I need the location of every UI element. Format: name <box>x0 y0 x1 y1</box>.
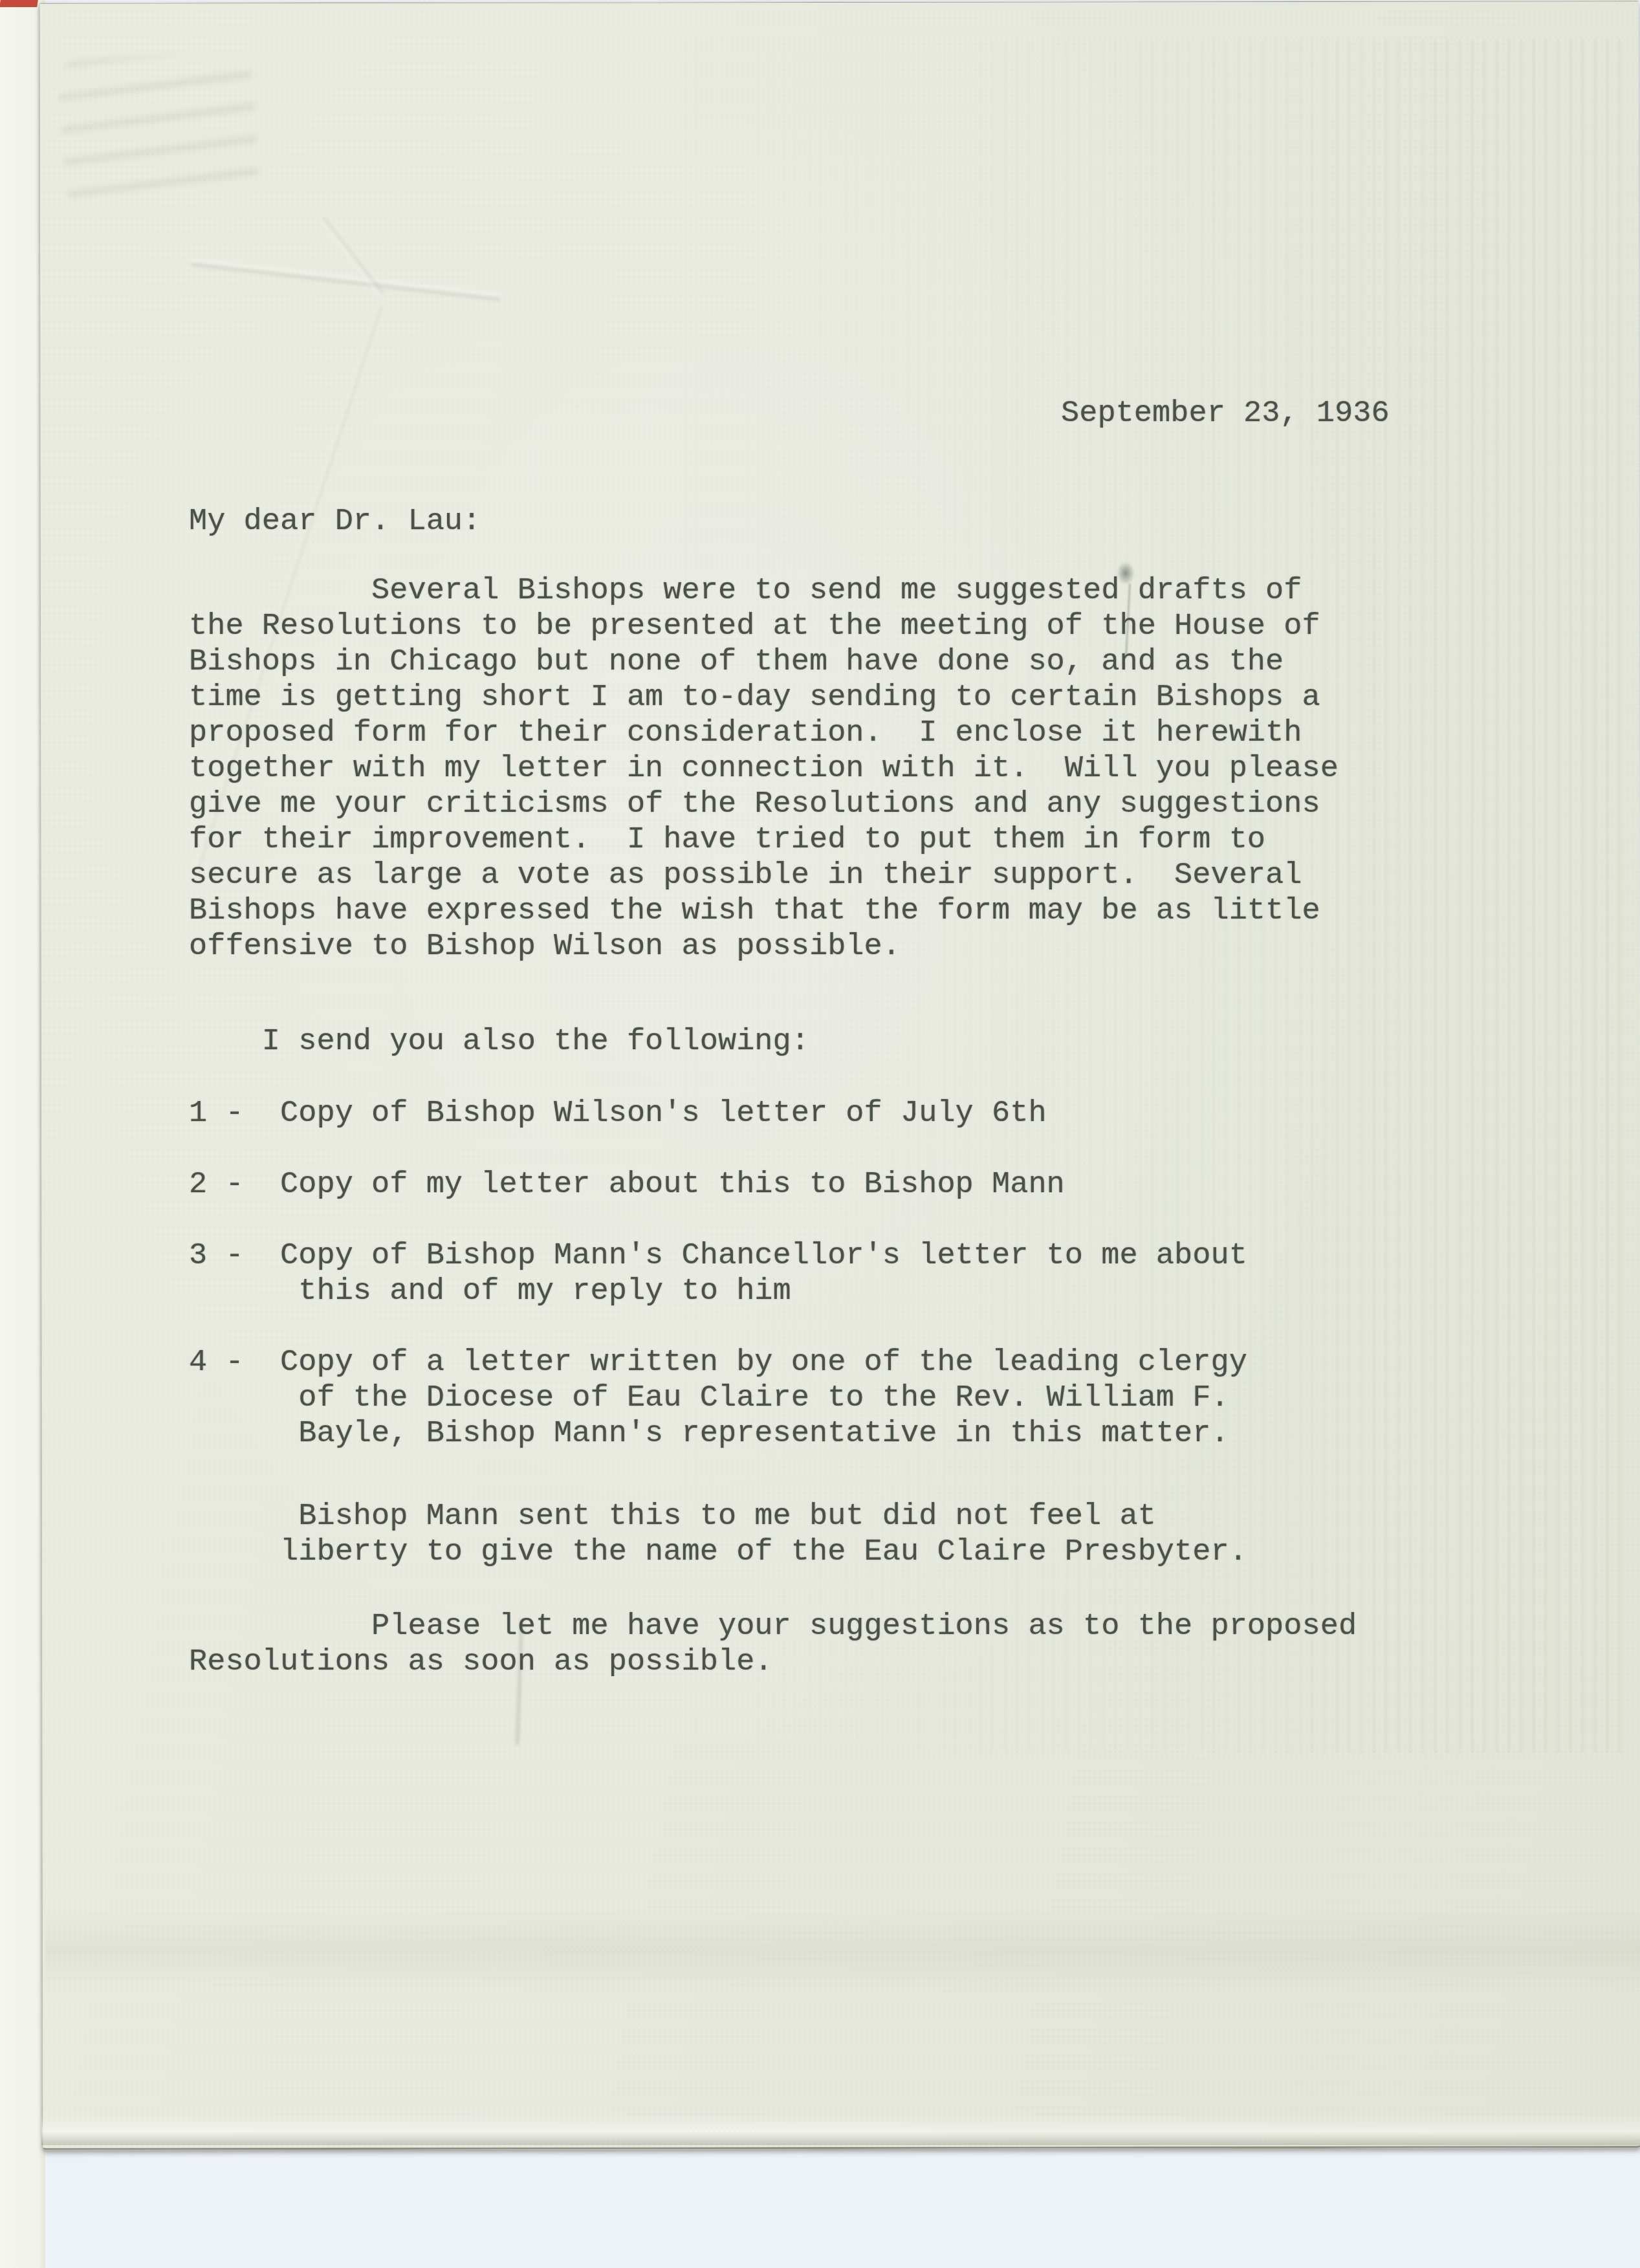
paper-crease <box>45 1908 1640 1992</box>
paper-bottom-edge <box>41 2115 1640 2145</box>
note-paragraph: Bishop Mann sent this to me but did not … <box>189 1499 1247 1570</box>
letter-date: September 23, 1936 <box>1061 396 1390 431</box>
enclosures-intro: I send you also the following: <box>189 1024 809 1060</box>
scanned-letter-page: September 23, 1936 My dear Dr. Lau: Seve… <box>0 0 1640 2268</box>
enclosures-list: 1 - Copy of Bishop Wilson's letter of Ju… <box>189 1096 1247 1452</box>
closing-paragraph: Please let me have your suggestions as t… <box>189 1609 1357 1680</box>
ghost-text-impression <box>57 49 261 207</box>
salutation: My dear Dr. Lau: <box>189 504 481 540</box>
scanner-edge-strip <box>0 0 45 2268</box>
red-edge-mark <box>0 0 38 7</box>
opening-paragraph: Several Bishops were to send me suggeste… <box>189 573 1339 965</box>
